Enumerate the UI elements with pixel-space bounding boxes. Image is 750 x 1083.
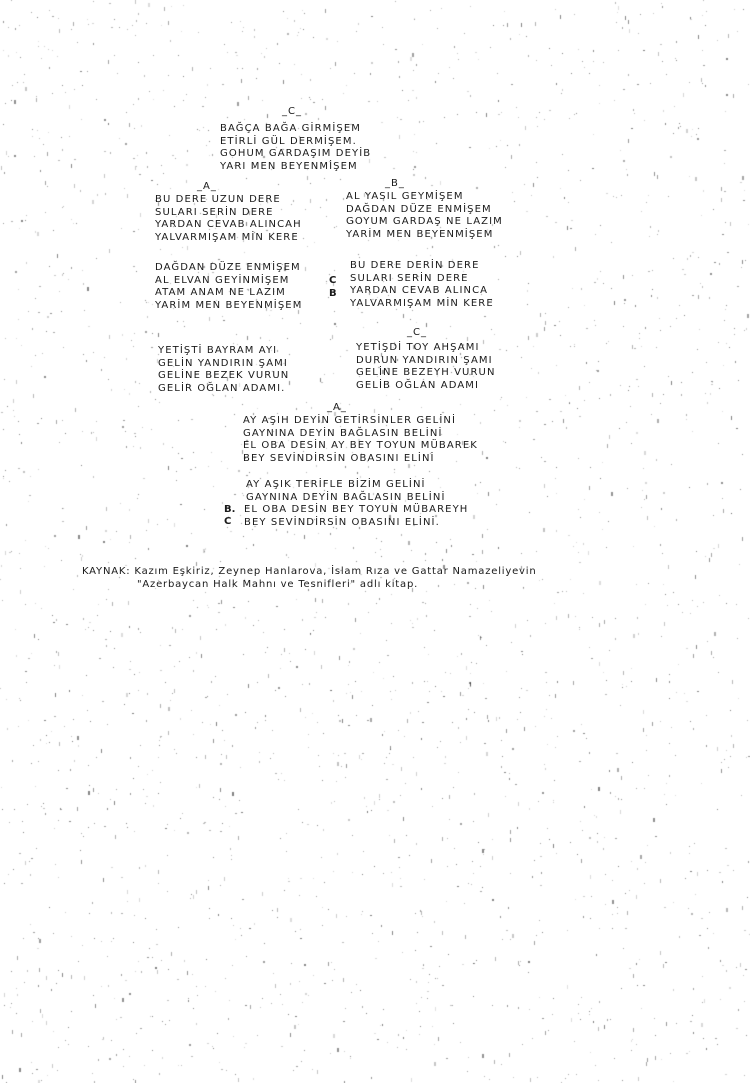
verse-line: EL OBA DESİN AY BEY TOYUN MÜBAREK (243, 440, 478, 453)
verse-line: GAYNINA DEYİN BAĞLASIN BELİNİ (246, 492, 468, 505)
verse-line: GOHUM GARDAŞIM DEYİB (220, 148, 371, 161)
source-citation-line-2: "Azerbaycan Halk Mahnı ve Tesnifleri" ad… (137, 579, 418, 591)
verse-line: ATAM ANAM NE LAZIM (155, 287, 302, 300)
verse-line: EL OBA DESİN BEY TOYUN MÜBAREYH (244, 504, 468, 517)
verse-line: GELİB OĞLAN ADAMI (356, 380, 496, 393)
section-label-b1: _B_ (385, 178, 405, 189)
section-marker: C (329, 275, 336, 288)
verse-line: BU DERE UZUN DERE (155, 194, 302, 207)
verse-line: YETİŞTİ BAYRAM AYI (158, 345, 289, 358)
stanza-c-left: YETİŞTİ BAYRAM AYI GELİN YANDIRIN ŞAMI G… (158, 345, 289, 395)
verse-line: GELİNE BEZEYH VURUN (356, 367, 496, 380)
verse-line: GOYUM GARDAŞ NE LAZIM (346, 216, 503, 229)
stanza-final: AY AŞIK TERİFLE BİZİM GELİNİ GAYNINA DEY… (244, 479, 468, 529)
verse-line: GAYNINA DEYİN BAĞLASIN BELİNİ (243, 428, 478, 441)
stanza-a1: BU DERE UZUN DERE SULARI SERİN DERE YARD… (155, 194, 302, 244)
section-marker: B (329, 288, 337, 301)
stanza-b2: BU DERE DERİN DERE SULARI SERİN DERE YAR… (350, 260, 494, 310)
verse-line: BEY SEVİNDİRSİN OBASINI ELİNİ (243, 453, 478, 466)
paper-texture (0, 0, 750, 1083)
verse-line: YALVARMIŞAM MİN KERE (350, 298, 494, 311)
verse-line: BU DERE DERİN DERE (350, 260, 494, 273)
verse-line: DAĞDAN DÜZE ENMİŞEM (155, 262, 302, 275)
verse-line: YALVARMIŞAM MİN KERE (155, 232, 302, 245)
verse-line: YARİM MEN BEYENMİŞEM (155, 300, 302, 313)
verse-line: YARDAN CEVAB ALINCA (350, 285, 494, 298)
verse-line: YARİM MEN BEYENMİŞEM (346, 229, 503, 242)
verse-line: YETİŞDİ TOY AHŞAMI (356, 342, 496, 355)
verse-line: AY AŞIK TERİFLE BİZİM GELİNİ (246, 479, 468, 492)
stanza-a2: DAĞDAN DÜZE ENMİŞEM AL ELVAN GEYİNMİŞEM … (155, 262, 302, 312)
verse-line: AY AŞIH DEYİN GETİRSİNLER GELİNİ (243, 415, 478, 428)
source-citation-line-1: KAYNAK: Kazım Eşkiriz, Zeynep Hanlarova,… (82, 566, 536, 578)
verse-line: SULARI SERİN DERE (350, 273, 494, 286)
section-label-a3: _A_ (327, 402, 347, 413)
verse-line: BAĞÇA BAĞA GİRMİŞEM (220, 123, 371, 136)
verse-line: DURUN YANDIRIN ŞAMI (356, 355, 496, 368)
stanza-a3: AY AŞIH DEYİN GETİRSİNLER GELİNİ GAYNINA… (243, 415, 478, 465)
verse-line: GELİNE BEZEK VURUN (158, 370, 289, 383)
verse-line: YARDAN CEVAB ALINCAH (155, 219, 302, 232)
section-marker: B. (224, 504, 235, 517)
section-label-c-right: _C_ (407, 327, 427, 338)
section-label-a1: _A_ (197, 181, 217, 192)
verse-line: GELİN YANDIRIN ŞAMI (158, 358, 289, 371)
verse-line: SULARI SERİN DERE (155, 207, 302, 220)
stanza-intro: BAĞÇA BAĞA GİRMİŞEM ETİRLİ GÜL DERMİŞEM.… (220, 123, 371, 173)
verse-line: ETİRLİ GÜL DERMİŞEM. (220, 136, 371, 149)
stanza-c-right: YETİŞDİ TOY AHŞAMI DURUN YANDIRIN ŞAMI G… (356, 342, 496, 392)
verse-line: DAĞDAN DÜZE ENMİŞEM (346, 204, 503, 217)
stanza-b1: AL YASIL GEYMİŞEM DAĞDAN DÜZE ENMİŞEM GO… (346, 191, 503, 241)
verse-line: GELİR OĞLAN ADAMI. (158, 383, 289, 396)
section-label-c-intro: _C_ (282, 106, 302, 117)
verse-line: AL ELVAN GEYİNMİŞEM (155, 275, 302, 288)
verse-line: YARI MEN BEYENMİŞEM (220, 161, 371, 174)
verse-line: BEY SEVİNDİRSİN OBASINI ELİNİ. (244, 517, 468, 530)
verse-line: AL YASIL GEYMİŞEM (346, 191, 503, 204)
section-marker: C (224, 516, 231, 529)
